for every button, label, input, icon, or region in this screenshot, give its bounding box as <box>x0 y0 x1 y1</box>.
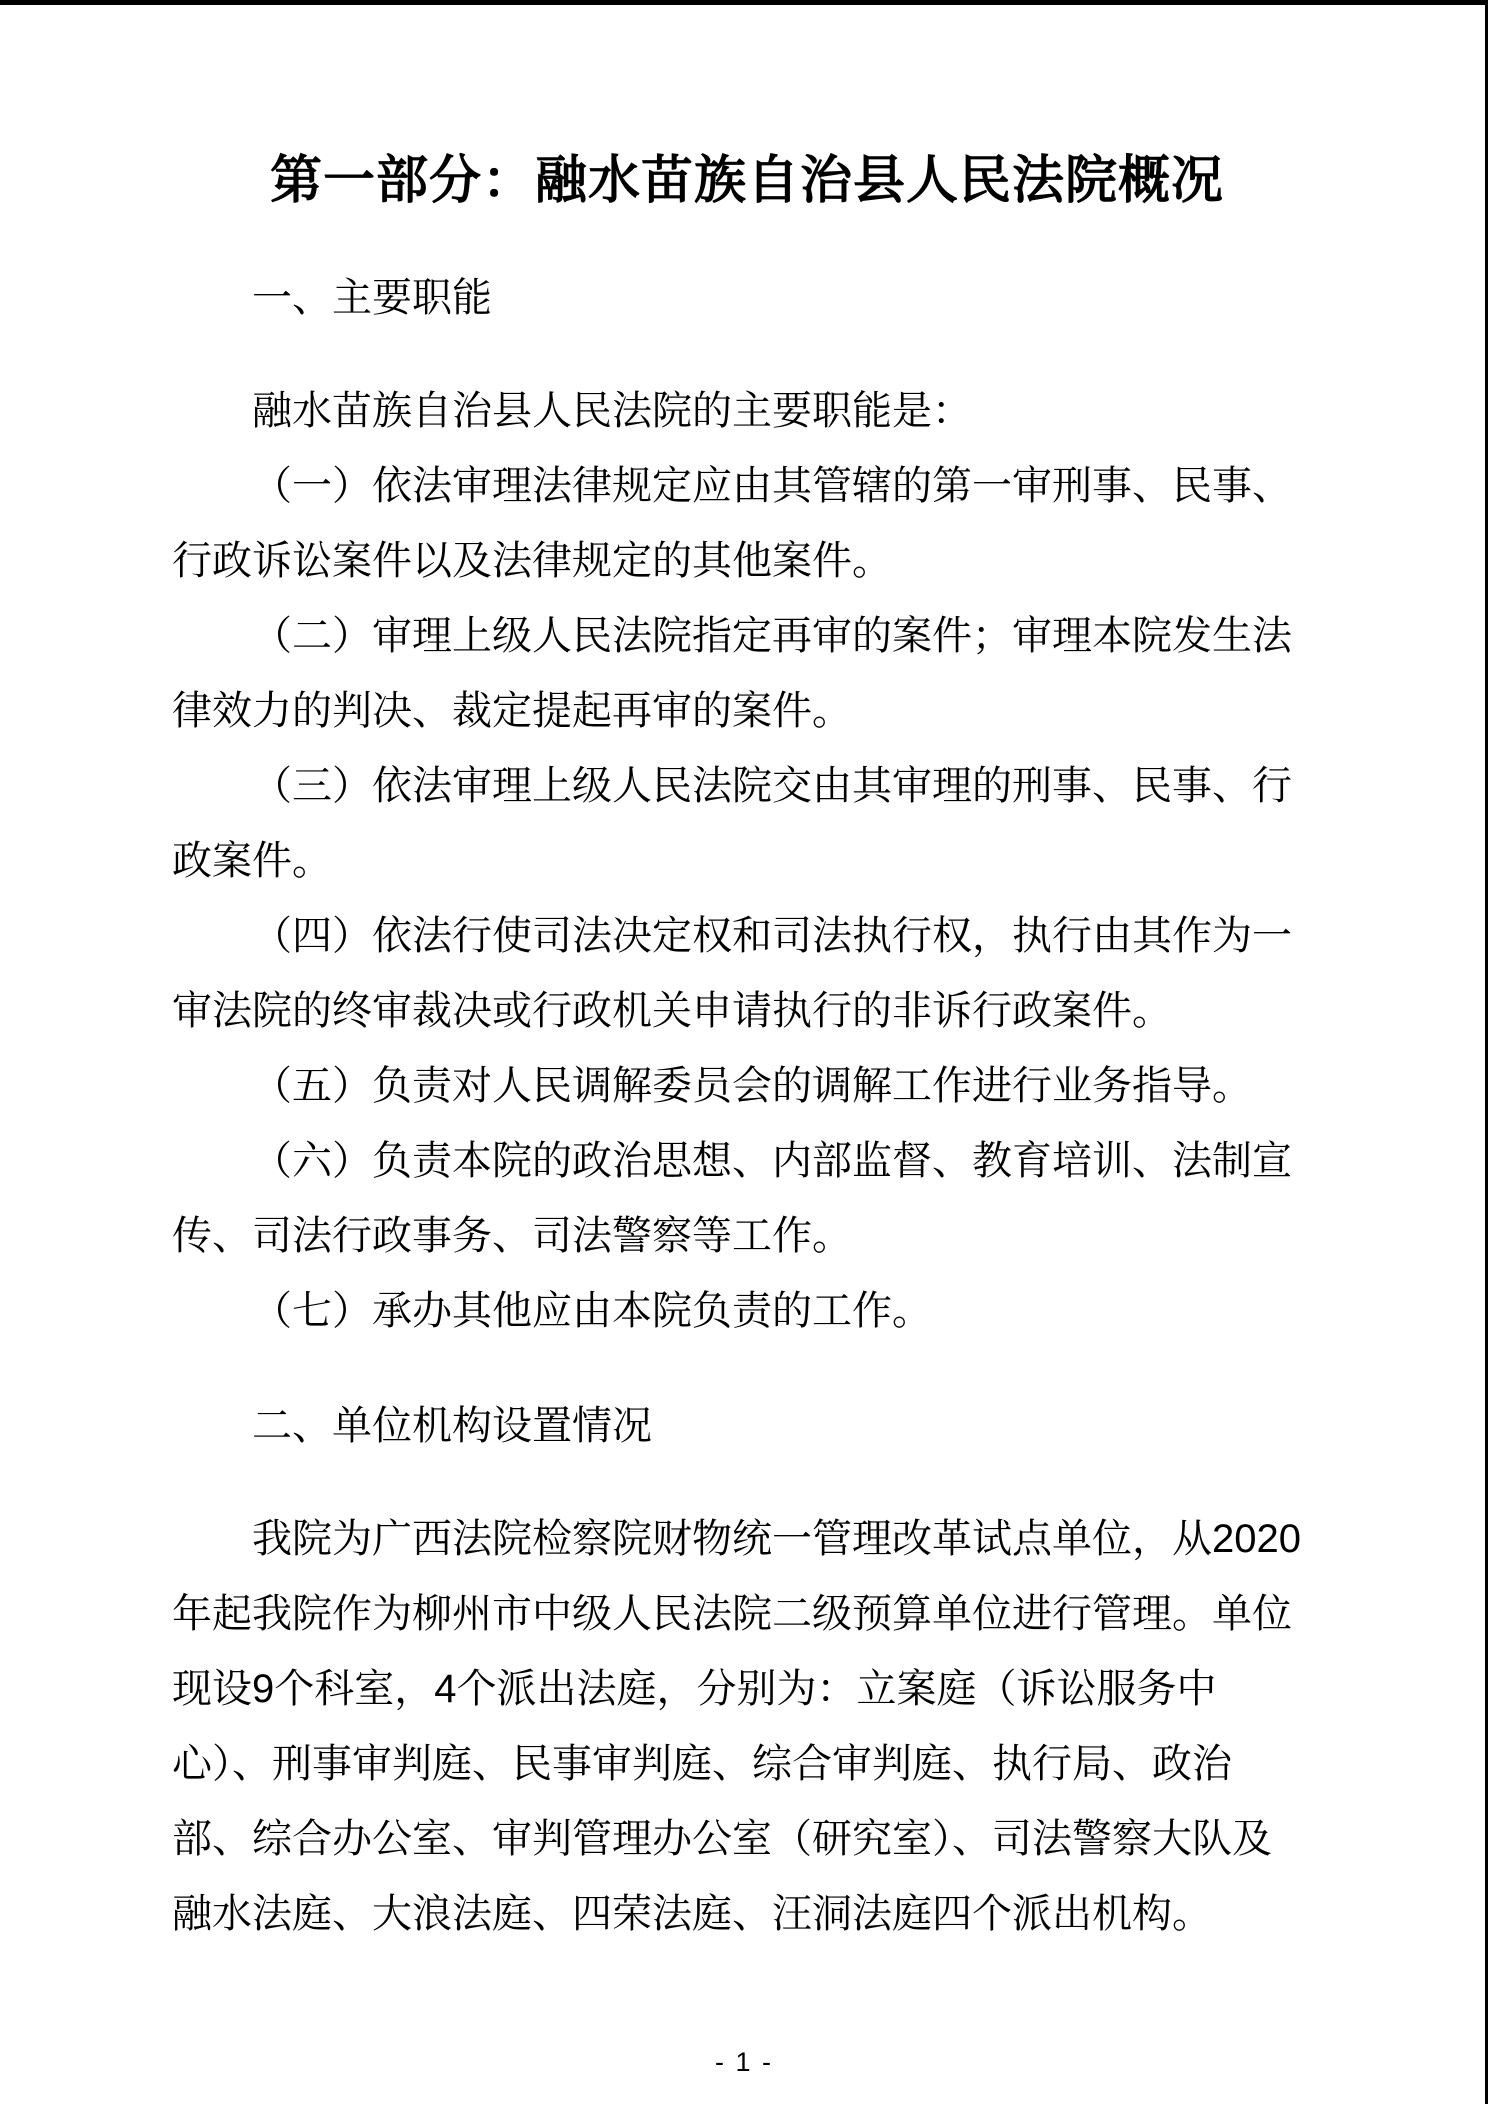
paragraph: （七）承办其他应由本院负责的工作。 <box>172 1274 1322 1349</box>
text-line: 律效力的判决、裁定提起再审的案件。 <box>172 674 1322 749</box>
text-line: 政案件。 <box>172 824 1322 899</box>
paragraph: （六）负责本院的政治思想、内部监督、教育培训、法制宣传、司法行政事务、司法警察等… <box>172 1124 1322 1274</box>
text-line: 行政诉讼案件以及法律规定的其他案件。 <box>172 524 1322 599</box>
paragraph: （一）依法审理法律规定应由其管辖的第一审刑事、民事、行政诉讼案件以及法律规定的其… <box>172 449 1322 599</box>
document-title: 第一部分：融水苗族自治县人民法院概况 <box>172 141 1322 221</box>
page-number: - 1 - <box>0 2047 1488 2078</box>
text-line: 心）、刑事审判庭、民事审判庭、综合审判庭、执行局、政治 <box>172 1727 1322 1802</box>
text-line: （一）依法审理法律规定应由其管辖的第一审刑事、民事、 <box>172 449 1322 524</box>
text-line: 融水法庭、大浪法庭、四荣法庭、汪洞法庭四个派出机构。 <box>172 1877 1322 1952</box>
text-line: （五）负责对人民调解委员会的调解工作进行业务指导。 <box>172 1049 1322 1124</box>
document-body: 第一部分：融水苗族自治县人民法院概况 一、主要职能融水苗族自治县人民法院的主要职… <box>172 0 1322 1952</box>
text-line: 我院为广西法院检察院财物统一管理改革试点单位，从2020 <box>172 1502 1322 1577</box>
text-line: （二）审理上级人民法院指定再审的案件；审理本院发生法 <box>172 599 1322 674</box>
section-heading: 二、单位机构设置情况 <box>172 1389 1322 1464</box>
paragraph: 融水苗族自治县人民法院的主要职能是： <box>172 374 1322 449</box>
text-line: 融水苗族自治县人民法院的主要职能是： <box>172 374 1322 449</box>
text-line: 部、综合办公室、审判管理办公室（研究室）、司法警察大队及 <box>172 1802 1322 1877</box>
text-line: （六）负责本院的政治思想、内部监督、教育培训、法制宣 <box>172 1124 1322 1199</box>
text-line: （四）依法行使司法决定权和司法执行权，执行由其作为一 <box>172 899 1322 974</box>
paragraph: 我院为广西法院检察院财物统一管理改革试点单位，从2020年起我院作为柳州市中级人… <box>172 1502 1322 1952</box>
section-heading: 一、主要职能 <box>172 261 1322 336</box>
text-line: 年起我院作为柳州市中级人民法院二级预算单位进行管理。单位 <box>172 1577 1322 1652</box>
text-line: 现设9个科室，4个派出法庭，分别为：立案庭（诉讼服务中 <box>172 1652 1322 1727</box>
text-line: 审法院的终审裁决或行政机关申请执行的非诉行政案件。 <box>172 974 1322 1049</box>
text-line: （七）承办其他应由本院负责的工作。 <box>172 1274 1322 1349</box>
text-line: （三）依法审理上级人民法院交由其审理的刑事、民事、行 <box>172 749 1322 824</box>
paragraph: （四）依法行使司法决定权和司法执行权，执行由其作为一审法院的终审裁决或行政机关申… <box>172 899 1322 1049</box>
text-line: 传、司法行政事务、司法警察等工作。 <box>172 1199 1322 1274</box>
paragraph: （三）依法审理上级人民法院交由其审理的刑事、民事、行政案件。 <box>172 749 1322 899</box>
paragraph: （五）负责对人民调解委员会的调解工作进行业务指导。 <box>172 1049 1322 1124</box>
paragraph: （二）审理上级人民法院指定再审的案件；审理本院发生法律效力的判决、裁定提起再审的… <box>172 599 1322 749</box>
document-page: 第一部分：融水苗族自治县人民法院概况 一、主要职能融水苗族自治县人民法院的主要职… <box>0 0 1488 2104</box>
